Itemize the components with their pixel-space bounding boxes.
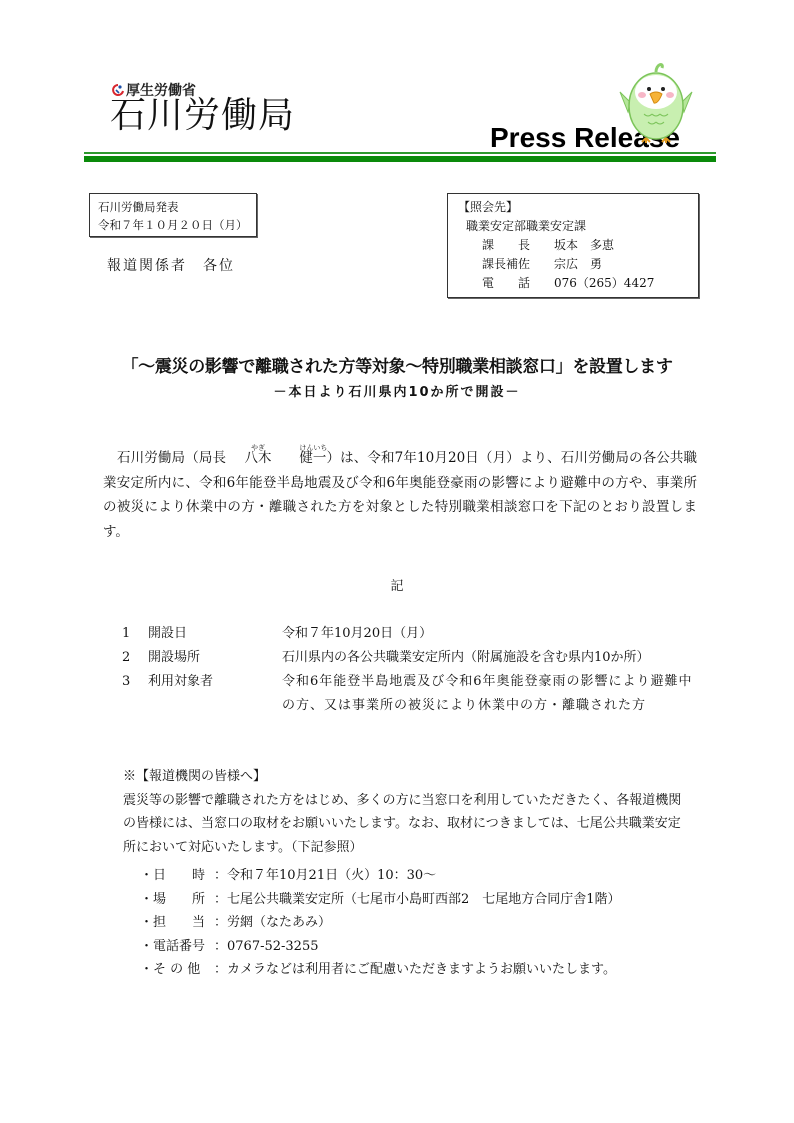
bureau-name: 石川労働局 xyxy=(110,98,295,134)
detail-value: ：労網（なたあみ） xyxy=(214,911,331,935)
bird-mascot-icon xyxy=(616,62,696,148)
interview-detail-row: ・日 時 ：令和７年10月21日（火）10：30～ xyxy=(140,864,700,888)
interview-details: ・日 時 ：令和７年10月21日（火）10：30～ ・場 所 ：七尾公共職業安定… xyxy=(140,864,700,982)
item-number: 3 xyxy=(122,670,148,718)
detail-value: ：七尾公共職業安定所（七尾市小島町西部2 七尾地方合同庁舎1階） xyxy=(214,888,621,912)
detail-value: ：令和７年10月21日（火）10：30～ xyxy=(214,864,436,888)
contact-row: 課 長 坂本 多恵 xyxy=(458,236,688,255)
contact-key: 課 長 xyxy=(458,236,554,255)
item-label: 開設日 xyxy=(148,622,282,646)
detail-item: 1 開設日 令和７年10月20日（月） xyxy=(122,622,702,646)
item-label: 利用対象者 xyxy=(148,670,282,718)
press-note-heading: ※【報道機関の皆様へ】 xyxy=(123,765,703,789)
interview-detail-row: ・担 当 ：労網（なたあみ） xyxy=(140,911,700,935)
detail-phone: ：0767-52-3255 xyxy=(214,935,319,959)
item-number: 1 xyxy=(122,622,148,646)
contact-key: 課長補佐 xyxy=(458,255,554,274)
contact-row: 課長補佐 宗広 勇 xyxy=(458,255,688,274)
detail-key: ・担 当 xyxy=(140,911,214,935)
contact-phone: 076（265）4427 xyxy=(554,274,654,293)
item-label: 開設場所 xyxy=(148,646,282,670)
interview-detail-row: ・場 所 ：七尾公共職業安定所（七尾市小島町西部2 七尾地方合同庁舎1階） xyxy=(140,888,700,912)
contact-row: 電 話 076（265）4427 xyxy=(458,274,688,293)
press-note: ※【報道機関の皆様へ】 震災等の影響で離職された方をはじめ、多くの方に当窓口を利… xyxy=(123,765,703,859)
contact-box: 【照会先】 職業安定部職業安定課 課 長 坂本 多恵 課長補佐 宗広 勇 電 話… xyxy=(447,193,699,298)
recipients: 報道関係者 各位 xyxy=(107,255,235,275)
issuer-name: 石川労働局発表 xyxy=(98,198,248,216)
contact-value: 宗広 勇 xyxy=(554,255,602,274)
ruby-family: やぎ xyxy=(231,436,272,461)
issuer-box: 石川労働局発表 令和７年１０月２０日（月） xyxy=(89,193,257,237)
detail-key: ・場 所 xyxy=(140,888,214,912)
ki-heading: 記 xyxy=(0,575,794,594)
body-text-pre: 石川労働局（局長 xyxy=(117,450,231,466)
detail-item: 3 利用対象者 令和6年能登半島地震及び令和6年奥能登豪雨の影響により避難中の方… xyxy=(122,670,702,718)
detail-value: ：カメラなどは利用者にご配慮いただきますようお願いいたします。 xyxy=(214,958,616,982)
contact-heading: 【照会先】 xyxy=(458,198,688,217)
item-value: 石川県内の各公共職業安定所内（附属施設を含む県内10か所） xyxy=(282,646,702,670)
detail-key: ・電話番号 xyxy=(140,935,214,959)
contact-value: 坂本 多恵 xyxy=(554,236,614,255)
contact-key: 電 話 xyxy=(458,274,554,293)
detail-key: ・日 時 xyxy=(140,864,214,888)
interview-detail-row: ・電話番号 ：0767-52-3255 xyxy=(140,935,700,959)
detail-item: 2 開設場所 石川県内の各公共職業安定所内（附属施設を含む県内10か所） xyxy=(122,646,702,670)
body-paragraph: 石川労働局（局長 やぎ八木 けんいち健一）は、令和7年10月20日（月）より、石… xyxy=(103,446,697,544)
director-family-name: やぎ八木 xyxy=(231,446,272,471)
item-value: 令和6年能登半島地震及び令和6年奥能登豪雨の影響により避難中の方、又は事業所の被… xyxy=(282,670,702,718)
interview-detail-row: ・そ の 他 ：カメラなどは利用者にご配慮いただきますようお願いいたします。 xyxy=(140,958,700,982)
contact-department: 職業安定部職業安定課 xyxy=(458,217,688,236)
director-given-name: けんいち健一 xyxy=(285,446,326,471)
item-number: 2 xyxy=(122,646,148,670)
document-title: 「～震災の影響で離職された方等対象～特別職業相談窓口」を設置します xyxy=(0,352,794,377)
ruby-given: けんいち xyxy=(285,436,326,461)
press-note-text: 震災等の影響で離職された方をはじめ、多くの方に当窓口を利用していただきたく、各報… xyxy=(123,789,693,860)
document-subtitle: －本日より石川県内10か所で開設－ xyxy=(0,381,794,400)
issue-date: 令和７年１０月２０日（月） xyxy=(98,216,248,234)
header-rule-thick xyxy=(84,156,716,162)
item-value: 令和７年10月20日（月） xyxy=(282,622,702,646)
details-list: 1 開設日 令和７年10月20日（月） 2 開設場所 石川県内の各公共職業安定所… xyxy=(122,622,702,718)
header-rule-thin xyxy=(84,152,716,154)
detail-key: ・そ の 他 xyxy=(140,958,214,982)
